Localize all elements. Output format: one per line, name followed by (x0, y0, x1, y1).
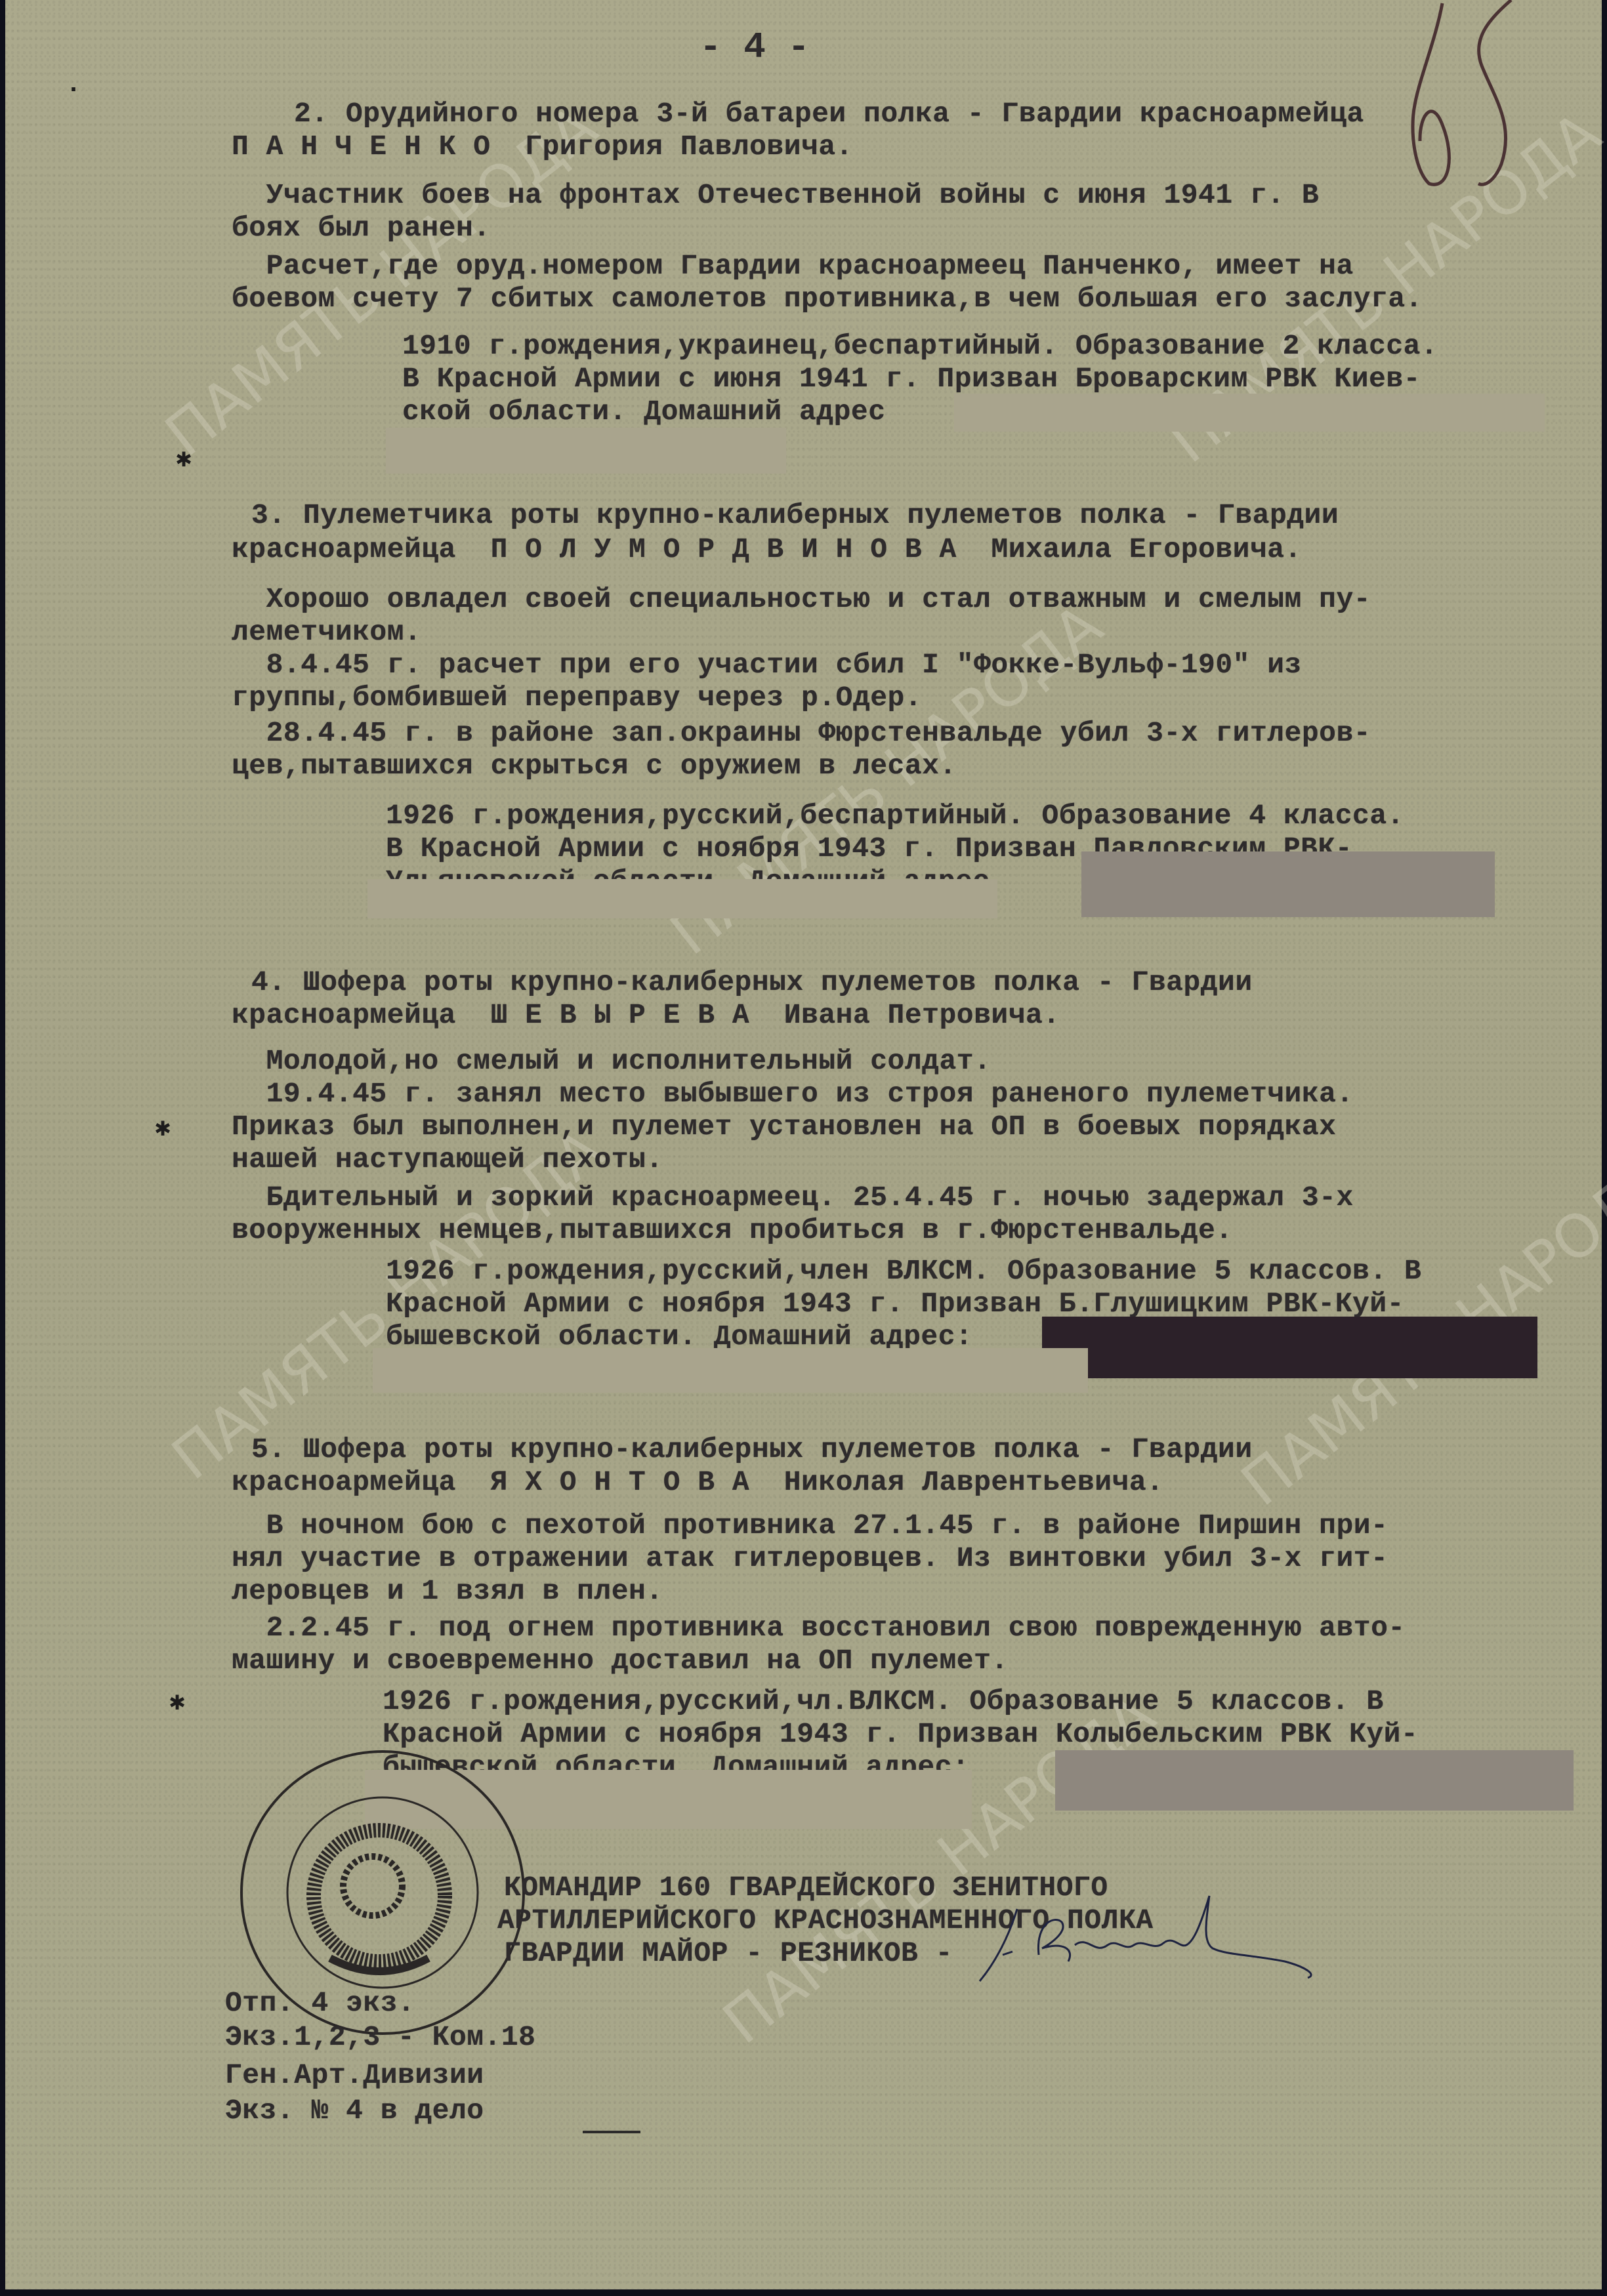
margin-mark: ✱ (155, 1112, 171, 1144)
redacted-address (367, 879, 997, 918)
distribution-line: Ген.Арт.Дивизии (225, 2059, 484, 2093)
entry-4-bio: 1926 г.рождения,русский,член ВЛКСМ. Обра… (386, 1254, 1421, 1288)
entry-3-line: 8.4.45 г. расчет при его участии сбил I … (232, 648, 1302, 682)
entry-5-name: красноармейца Я Х О Н Т О В А Николая Ла… (232, 1466, 1163, 1500)
blank-line (583, 2131, 640, 2133)
entry-2-line: боевом счету 7 сбитых самолетов противни… (232, 282, 1423, 316)
commander-rank-name: ГВАРДИИ МАЙОР - РЕЗНИКОВ - (504, 1937, 953, 1971)
entry-4-line: Бдительный и зоркий красноармеец. 25.4.4… (232, 1181, 1354, 1215)
entry-5-line: 2.2.45 г. под огнем противника восстанов… (232, 1611, 1406, 1645)
entry-4-name: красноармейца Ш Е В Ы Р Е В А Ивана Петр… (232, 998, 1060, 1033)
entry-2-line: Участник боев на фронтах Отечественной в… (232, 178, 1319, 213)
entry-2-line: 2. Орудийного номера 3-й батареи полка -… (294, 97, 1364, 131)
entry-4-line: нашей наступающей пехоты. (232, 1143, 663, 1177)
margin-mark: ✱ (169, 1686, 185, 1718)
entry-3-line: группы,бомбившей переправу через р.Одер. (232, 681, 922, 715)
entry-5-line: 5. Шофера роты крупно-калиберных пулемет… (251, 1433, 1253, 1467)
entry-2-bio: ской области. Домашний адрес (402, 395, 886, 429)
entry-5-line: нял участие в отражении атак гитлеровцев… (232, 1542, 1388, 1576)
distribution-line: Экз.1,2,3 - Ком.18 (225, 2020, 535, 2055)
entry-4-line: Приказ был выполнен,и пулемет установлен… (232, 1110, 1336, 1144)
entry-4-line: Молодой,но смелый и исполнительный солда… (232, 1044, 991, 1078)
entry-4-line: 19.4.45 г. занял место выбывшего из стро… (232, 1077, 1354, 1111)
redacted-address (1055, 1750, 1574, 1811)
redacted-address (373, 1348, 1088, 1393)
entry-4-line: вооруженных немцев,пытавшихся пробиться … (232, 1214, 1233, 1248)
redacted-address (1042, 1317, 1537, 1378)
entry-3-line: 3. Пулеметчика роты крупно-калиберных пу… (251, 499, 1339, 533)
entry-2-bio: 1910 г.рождения,украинец,беспартийный. О… (402, 329, 1438, 363)
archive-sheet-number (1357, 0, 1528, 197)
entry-3-line: 28.4.45 г. в районе зап.окраины Фюрстенв… (232, 716, 1371, 750)
distribution-line: Отп. 4 экз. (225, 1986, 415, 2020)
redacted-address (1081, 851, 1495, 917)
entry-5-line: машину и своевременно доставил на ОП пул… (232, 1644, 1009, 1678)
margin-mark: ✱ (176, 443, 192, 475)
margin-mark: · (66, 75, 81, 105)
entry-3-name: красноармейца П О Л У М О Р Д В И Н О В … (232, 533, 1302, 567)
entry-5-bio: Красной Армии с ноября 1943 г. Призван К… (383, 1717, 1418, 1752)
entry-2-name: П А Н Ч Е Н К О Григория Павловича. (232, 130, 853, 164)
handwritten-signature (976, 1883, 1331, 1988)
entry-2-bio: В Красной Армии с июня 1941 г. Призван Б… (402, 362, 1421, 396)
redacted-address (386, 428, 786, 474)
entry-5-bio: 1926 г.рождения,русский,чл.ВЛКСМ. Образо… (383, 1685, 1384, 1719)
entry-3-bio: 1926 г.рождения,русский,беспартийный. Об… (386, 799, 1404, 833)
entry-2-line: боях был ранен. (232, 211, 491, 245)
entry-3-line: цев,пытавшихся скрыться с оружием в леса… (232, 749, 957, 783)
entry-4-line: 4. Шофера роты крупно-калиберных пулемет… (251, 966, 1253, 1000)
entry-3-line: Хорошо овладел своей специальностью и ст… (232, 583, 1371, 617)
entry-5-line: леровцев и 1 взял в плен. (232, 1574, 663, 1609)
entry-5-line: В ночном бою с пехотой противника 27.1.4… (232, 1509, 1388, 1543)
page-number: - 4 - (699, 26, 810, 68)
redacted-address (954, 394, 1545, 432)
distribution-line: Экз. № 4 в дело (225, 2094, 484, 2128)
document-page: ПАМЯТЬ НАРОДА ПАМЯТЬ НАРОДА ПАМЯТЬ НАРОД… (5, 0, 1602, 2289)
entry-3-line: леметчиком. (232, 615, 421, 649)
entry-2-line: Расчет,где оруд.номером Гвардии красноар… (232, 249, 1354, 283)
